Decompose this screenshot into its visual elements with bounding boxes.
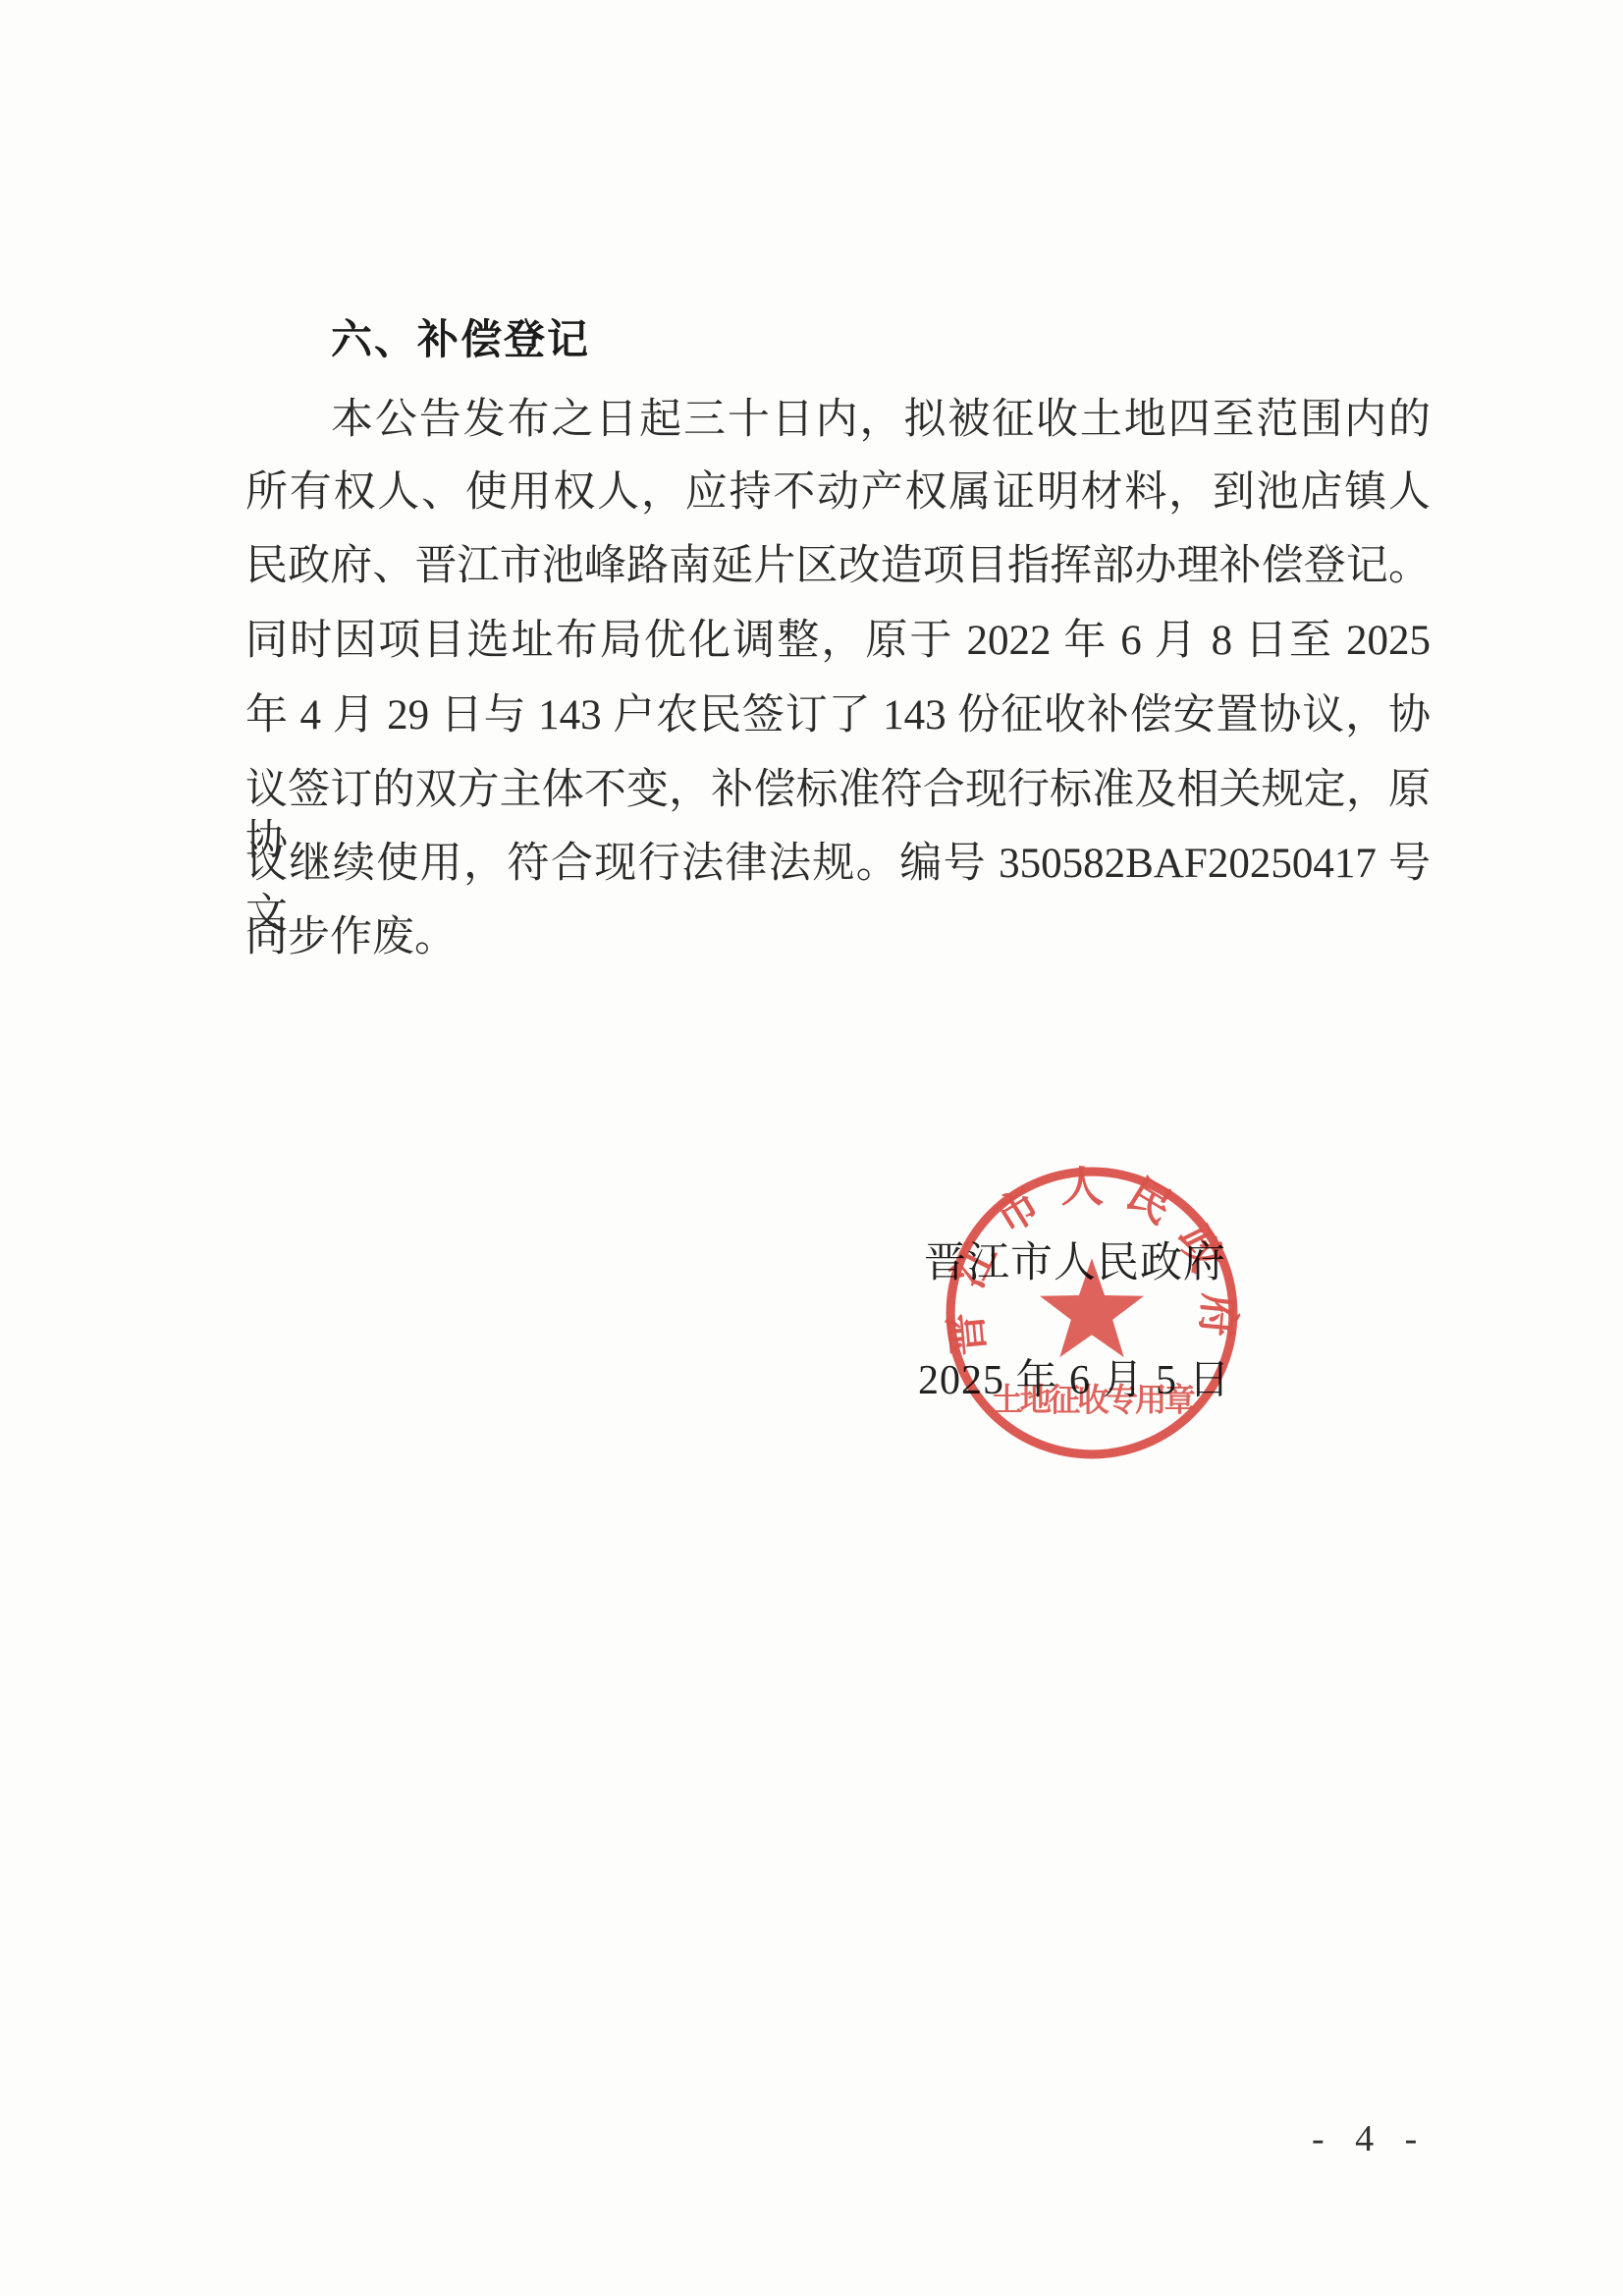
body-line: 议继续使用，符合现行法律法规。编号 350582BAF20250417 号文	[245, 839, 1431, 890]
body-line: 所有权人、使用权人，应持不动产权属证明材料，到池店镇人	[245, 467, 1431, 519]
document-page: 六、补偿登记 本公告发布之日起三十日内，拟被征收土地四至范围内的 所有权人、使用…	[0, 0, 1623, 2296]
body-line: 同步作废。	[245, 912, 457, 963]
seal-banner-text: 土地征收专用章	[991, 1381, 1195, 1418]
body-line: 年 4 月 29 日与 143 户农民签订了 143 份征收补偿安置协议，协	[245, 690, 1431, 741]
official-seal-stamp: 晋江市人民政府 土地征收专用章	[943, 1164, 1241, 1462]
section-heading: 六、补偿登记	[331, 316, 590, 363]
body-line: 民政府、晋江市池峰路南延片区改造项目指挥部办理补偿登记。	[245, 541, 1431, 592]
page-number: - 4 -	[1312, 2117, 1421, 2160]
body-line: 本公告发布之日起三十日内，拟被征收土地四至范围内的	[245, 395, 1431, 446]
body-line: 议签订的双方主体不变，补偿标准符合现行标准及相关规定，原协	[245, 765, 1431, 816]
body-line: 同时因项目选址布局优化调整，原于 2022 年 6 月 8 日至 2025	[245, 616, 1431, 667]
star-icon	[1040, 1258, 1144, 1357]
